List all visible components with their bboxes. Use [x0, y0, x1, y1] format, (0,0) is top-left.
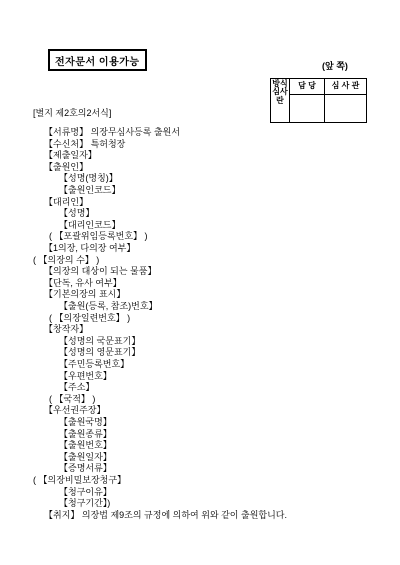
review-table-header-manager: 담 당 [290, 79, 325, 94]
form-field-line: 【증명서류】 [59, 462, 112, 474]
form-field-line: 【출원번호】 [59, 439, 112, 451]
form-field-line: 【출원일자】 [59, 451, 112, 463]
form-field-line: 【출원국명】 [59, 416, 112, 428]
form-field-line: 【청구이유】 [59, 486, 112, 498]
review-table-header-examiner: 심 사 관 [325, 79, 366, 94]
form-field-line: 【출원종류】 [59, 428, 112, 440]
scanned-form-page: 전자문서 이용가능 (앞 쪽) 방식심사란 담 당 심 사 관 [별지 제2호의… [0, 0, 400, 565]
form-field-line: ( 【의장일련번호】 ) [49, 312, 130, 324]
form-field-line: 【성명】 [59, 207, 94, 219]
form-field-line: 【의장의 대상이 되는 물품】 [44, 265, 156, 277]
form-field-line: 【1의장, 다의장 여부】 [44, 242, 135, 254]
form-field-line: 【청구기간】) [59, 497, 110, 509]
form-field-line: 【대리인】 [44, 196, 88, 208]
form-field-line: 【출원인코드】 [59, 184, 120, 196]
form-field-line: 【우선권주장】 [44, 404, 105, 416]
review-table-main: 담 당 심 사 관 [290, 79, 366, 122]
form-field-line: ( 【의장의 수】 ) [33, 254, 99, 266]
form-field-line: 【기본의장의 표시】 [44, 288, 125, 300]
review-table-body-row [290, 95, 366, 122]
form-field-line: 【제출일자】 [44, 149, 97, 161]
form-field-line: 【주소】 [59, 381, 94, 393]
review-table-side-label: 방식심사란 [271, 79, 290, 122]
form-field-line: 【출원인】 [44, 161, 88, 173]
review-table-header-row: 담 당 심 사 관 [290, 79, 366, 95]
electronic-document-available-stamp: 전자문서 이용가능 [48, 49, 147, 71]
form-field-line: 【단독, 유사 여부】 [44, 277, 122, 289]
page-side-label: (앞 쪽) [322, 59, 348, 72]
form-field-line: 【대리인코드】 [59, 219, 120, 231]
form-field-line: 【수신처】 특허청장 [44, 138, 125, 150]
form-field-line: 【성명(명칭)】 [59, 172, 118, 184]
form-field-line: 【주민등록번호】 [59, 358, 129, 370]
form-field-line: 【서류명】 의장무심사등록 출원서 [44, 126, 180, 138]
form-number-note: [별지 제2호의2서식] [33, 106, 111, 119]
form-field-line: 【우편번호】 [59, 370, 112, 382]
form-field-line: ( 【의장비밀보장청구】 [33, 474, 126, 486]
form-field-line: 【취지】 의장법 제9조의 규정에 의하여 위와 같이 출원합니다. [44, 509, 287, 521]
form-field-line: 【창작자】 [44, 323, 88, 335]
review-table-cell-manager-empty [290, 95, 325, 122]
form-field-line: 【성명의 영문표기】 [59, 346, 140, 358]
form-field-line: 【성명의 국문표기】 [59, 335, 140, 347]
formality-review-table: 방식심사란 담 당 심 사 관 [270, 78, 367, 123]
form-field-list: 【서류명】 의장무심사등록 출원서【수신처】 특허청장【제출일자】【출원인】【성… [0, 126, 400, 546]
review-table-cell-examiner-empty [325, 95, 366, 122]
form-field-line: 【출원(등록, 참조)번호】 [59, 300, 158, 312]
form-field-line: ( 【포괄위임등록번호】 ) [49, 230, 148, 242]
form-field-line: ( 【국적】 ) [49, 393, 95, 405]
